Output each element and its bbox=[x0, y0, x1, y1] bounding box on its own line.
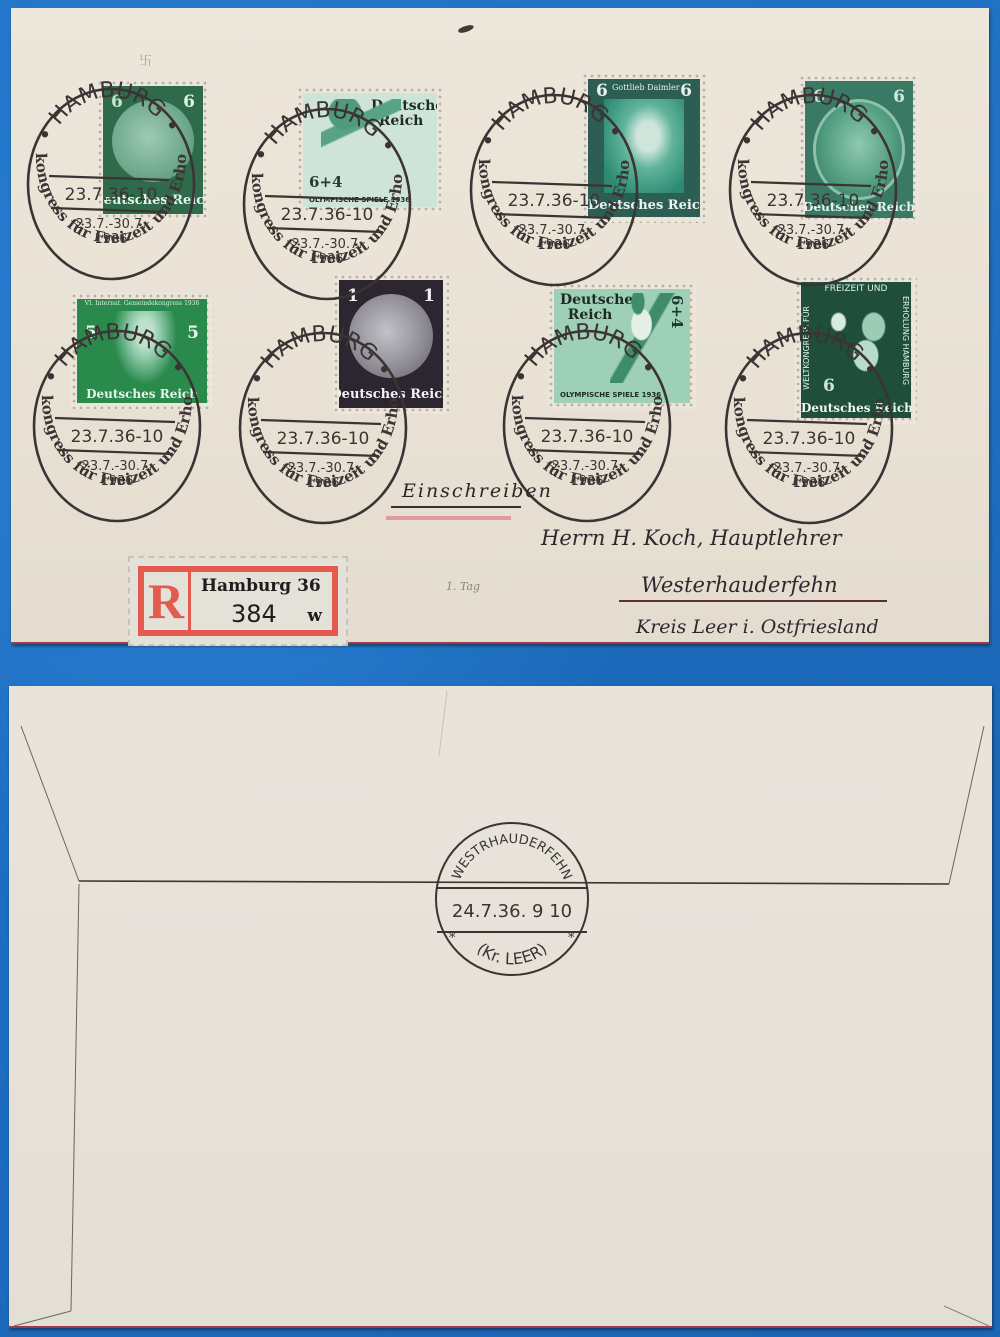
svg-text:23.7.-30.7.: 23.7.-30.7. bbox=[76, 217, 147, 232]
hamburg-postmark: • HAMBURG • „Weltkongress für Freizeit u… bbox=[723, 330, 895, 526]
svg-text:1936: 1936 bbox=[537, 238, 570, 253]
registration-suffix: w bbox=[307, 606, 322, 626]
address-line-3: Kreis Leer i. Ostfriesland bbox=[636, 616, 879, 638]
svg-text:23.7.36-10: 23.7.36-10 bbox=[541, 427, 634, 447]
svg-text:• HAMBURG •: • HAMBURG • bbox=[244, 322, 396, 390]
svg-text:• HAMBURG •: • HAMBURG • bbox=[32, 78, 184, 146]
svg-text:23.7.36-10: 23.7.36-10 bbox=[277, 429, 370, 449]
einschreiben-underline bbox=[391, 506, 521, 508]
registration-label: R Hamburg 36 384 w bbox=[128, 556, 348, 646]
registration-letter: R bbox=[144, 572, 191, 630]
svg-text:23.7.-30.7.: 23.7.-30.7. bbox=[774, 461, 845, 476]
svg-text:*: * bbox=[449, 931, 456, 946]
svg-text:• HAMBURG •: • HAMBURG • bbox=[248, 98, 400, 166]
envelope-front: 卐 6 6 Deutsches Reich Deutsches Reich 6+… bbox=[11, 8, 989, 644]
hamburg-postmark: • HAMBURG • „Weltkongress für Freizeit u… bbox=[468, 92, 640, 288]
svg-text:1936: 1936 bbox=[306, 476, 339, 491]
svg-text:23.7.-30.7.: 23.7.-30.7. bbox=[288, 461, 359, 476]
svg-text:1936: 1936 bbox=[792, 476, 825, 491]
swastika-mark: 卐 bbox=[139, 50, 153, 64]
svg-text:*: * bbox=[568, 931, 575, 946]
envelope-back: WESTRHAUDERFEHN (Kr. LEER) 24.7.36. 9 10… bbox=[9, 686, 992, 1328]
stamp-side-text: ERHOLUNG HAMBURG bbox=[901, 296, 910, 385]
svg-text:• HAMBURG •: • HAMBURG • bbox=[508, 320, 660, 388]
svg-text:1936: 1936 bbox=[570, 474, 603, 489]
svg-text:23.7.36-10: 23.7.36-10 bbox=[508, 191, 601, 211]
pencil-note: 1. Tag bbox=[446, 580, 480, 593]
ink-blot bbox=[457, 24, 474, 34]
svg-text:• HAMBURG •: • HAMBURG • bbox=[734, 84, 886, 152]
svg-text:23.7.-30.7.: 23.7.-30.7. bbox=[519, 223, 590, 238]
stamp-header: VI. Internat. Gemeindekongress 1936 bbox=[79, 300, 205, 307]
red-crayon-line bbox=[386, 516, 511, 520]
hamburg-postmark: • HAMBURG • „Weltkongress für Freizeit u… bbox=[237, 330, 409, 526]
address-underline bbox=[619, 600, 887, 602]
svg-text:23.7.-30.7.: 23.7.-30.7. bbox=[292, 237, 363, 252]
registration-office: Hamburg 36 bbox=[201, 576, 321, 596]
svg-text:23.7.36-10: 23.7.36-10 bbox=[767, 191, 860, 211]
svg-text:23.7.36-10: 23.7.36-10 bbox=[763, 429, 856, 449]
hamburg-postmark: • HAMBURG • „Weltkongress für Freizeit u… bbox=[31, 328, 203, 524]
svg-text:1936: 1936 bbox=[796, 238, 829, 253]
stamp-denomination: 6+4 bbox=[668, 295, 686, 328]
arrival-postmark: WESTRHAUDERFEHN (Kr. LEER) 24.7.36. 9 10… bbox=[433, 820, 591, 978]
svg-text:WESTRHAUDERFEHN: WESTRHAUDERFEHN bbox=[450, 832, 575, 882]
address-line-1: Herrn H. Koch, Hauptlehrer bbox=[541, 526, 842, 550]
envelope-flap-lines bbox=[9, 686, 992, 1326]
svg-text:23.7.-30.7.: 23.7.-30.7. bbox=[552, 459, 623, 474]
hamburg-postmark: • HAMBURG • „Weltkongress für Freizeit u… bbox=[241, 106, 413, 302]
svg-text:23.7.36-10: 23.7.36-10 bbox=[65, 185, 158, 205]
hamburg-postmark: • HAMBURG • „Weltkongress für Freizeit u… bbox=[727, 92, 899, 288]
svg-text:• HAMBURG •: • HAMBURG • bbox=[38, 320, 190, 388]
svg-text:23.7.36-10: 23.7.36-10 bbox=[281, 205, 374, 225]
svg-text:• HAMBURG •: • HAMBURG • bbox=[730, 322, 882, 390]
svg-text:(Kr. LEER): (Kr. LEER) bbox=[473, 939, 550, 968]
svg-text:23.7.-30.7.: 23.7.-30.7. bbox=[778, 223, 849, 238]
svg-text:• HAMBURG •: • HAMBURG • bbox=[475, 84, 627, 152]
svg-text:1936: 1936 bbox=[310, 252, 343, 267]
hamburg-postmark: • HAMBURG • „Weltkongress für Freizeit u… bbox=[25, 86, 197, 282]
registration-number: 384 bbox=[231, 600, 277, 628]
address-line-2: Westerhauderfehn bbox=[641, 573, 838, 597]
stamp-header: Gottlieb Daimler bbox=[612, 83, 676, 92]
svg-text:1936: 1936 bbox=[94, 232, 127, 247]
svg-text:24.7.36. 9 10: 24.7.36. 9 10 bbox=[452, 901, 572, 922]
stamp-denomination: 6 bbox=[680, 81, 692, 101]
svg-text:23.7.36-10: 23.7.36-10 bbox=[71, 427, 164, 447]
svg-text:23.7.-30.7.: 23.7.-30.7. bbox=[82, 459, 153, 474]
svg-text:1936: 1936 bbox=[100, 474, 133, 489]
stamp-denomination: 1 bbox=[423, 286, 435, 306]
einschreiben-text: Einschreiben bbox=[402, 480, 553, 502]
